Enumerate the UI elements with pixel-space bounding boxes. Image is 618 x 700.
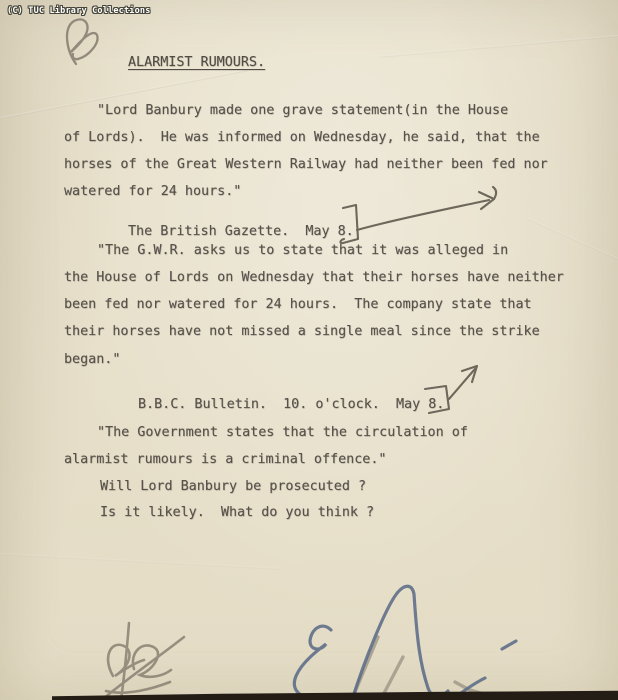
- blue-signature-icon: [294, 586, 516, 700]
- question-line2: Is it likely. What do you think ?: [100, 499, 374, 526]
- pencil-signature-icon: [103, 623, 184, 700]
- document-page: (C) TUC Library Collections ALARMIST RUM…: [0, 0, 618, 700]
- paragraph1-line2: of Lords). He was informed on Wednesday,…: [64, 124, 540, 151]
- paragraph2-line1: "The G.W.R. asks us to state that it was…: [97, 237, 508, 264]
- paragraph3-line2: alarmist rumours is a criminal offence.": [64, 446, 386, 473]
- paragraph2-line5: began.": [64, 346, 120, 373]
- paragraph1-line1: "Lord Banbury made one grave statement(i…: [97, 97, 508, 124]
- paragraph2-line2: the House of Lords on Wednesday that the…: [64, 264, 564, 291]
- paper-crease: [380, 32, 618, 58]
- paper-crease: [0, 552, 280, 570]
- paragraph3-line1: "The Government states that the circulat…: [97, 419, 468, 446]
- page-title: ALARMIST RUMOURS.: [128, 49, 265, 76]
- scan-bottom-edge: [52, 690, 618, 700]
- copyright-watermark: (C) TUC Library Collections: [7, 6, 151, 16]
- pencil-initial-icon: [67, 19, 97, 64]
- question-line1: Will Lord Banbury be prosecuted ?: [100, 473, 366, 500]
- paragraph1-line4: watered for 24 hours.": [64, 178, 241, 205]
- source-bbc-bulletin: B.B.C. Bulletin. 10. o'clock. May 8.: [138, 391, 444, 418]
- gazette-bracket-arrow-icon: [340, 187, 496, 243]
- paragraph1-line3: horses of the Great Western Railway had …: [64, 151, 548, 178]
- paragraph2-line4: their horses have not missed a single me…: [64, 318, 540, 345]
- pencil-under-signature-icon: [352, 637, 502, 699]
- paragraph2-line3: been fed nor watered for 24 hours. The c…: [64, 291, 532, 318]
